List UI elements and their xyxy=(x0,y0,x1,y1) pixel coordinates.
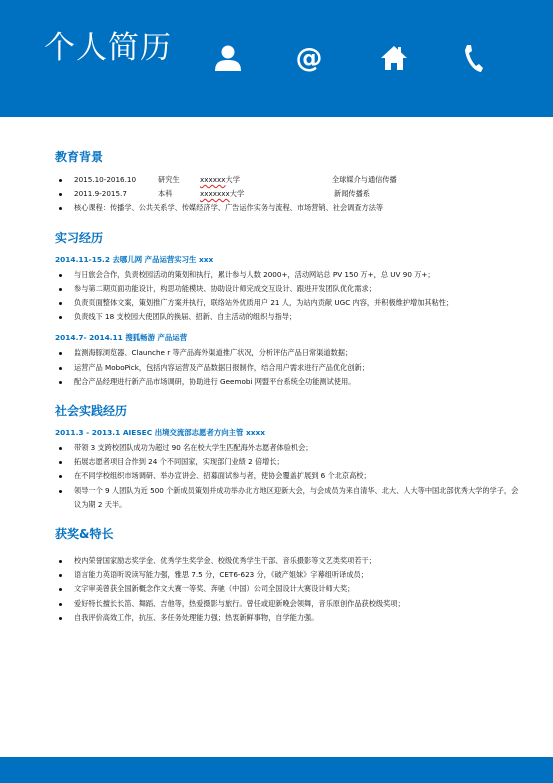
education-row: 2011.9-2015.7 本科 xxxxxxx 大学 新闻传播系 xyxy=(55,187,525,201)
list-item: 与日旅会合作，负责校园活动的策划和执行，累计参与人数 2000+，活动网站总 P… xyxy=(55,268,525,282)
list-item: 文字审美曾获全国新概念作文大赛一等奖、奔驰（中国）公司全国设计大赛设计师大奖； xyxy=(55,582,525,596)
internship-block: 2014.11-15.2 去哪儿网 产品运营实习生 xxx 与日旅会合作，负责校… xyxy=(55,254,525,325)
internship-heading: 2014.11-15.2 去哪儿网 产品运营实习生 xxx xyxy=(55,254,525,265)
list-item: 拓展志愿者项目合作到 24 个不同国家，实现部门业绩 2 倍增长； xyxy=(55,455,525,469)
list-item: 监测海豚浏览器、Claunche r 等产品海外渠道推广状况，分析评估产品日常渠… xyxy=(55,346,525,360)
list-item: 配合产品经理进行新产品市场调研，协助进行 Geemobi 网盟平台系统全功能测试… xyxy=(55,375,525,389)
internship-block: 2014.7- 2014.11 搜狐畅游 产品运营 监测海豚浏览器、Claunc… xyxy=(55,332,525,389)
section-title-education: 教育背景 xyxy=(55,148,525,165)
edu-major: 新闻传播系 xyxy=(334,187,370,201)
edu-major: 全球媒介与通信传播 xyxy=(332,173,397,187)
list-item: 运营产品 MoboPick，包括内容运营及产品数据日报制作，结合用户需求进行产品… xyxy=(55,361,525,375)
edu-school-name: xxxxxx xyxy=(200,173,226,187)
internship-heading: 2014.7- 2014.11 搜狐畅游 产品运营 xyxy=(55,332,525,343)
list-item: 在不同学校组织市场调研、举办宣讲会、招募面试参与者，使协会覆盖扩展到 6 个北京… xyxy=(55,469,525,483)
list-item: 爱好特长擅长长笛、舞蹈、吉他等，热爱摄影与旅行。曾任或迎新晚会领舞，音乐原创作品… xyxy=(55,597,525,611)
section-title-internship: 实习经历 xyxy=(55,229,525,246)
internship-section: 实习经历 2014.11-15.2 去哪儿网 产品运营实习生 xxx 与日旅会合… xyxy=(55,229,525,389)
edu-period: 2015.10-2016.10 xyxy=(74,173,158,187)
resume-content: 教育背景 2015.10-2016.10 研究生 xxxxxx 大学 全球媒介与… xyxy=(55,148,525,638)
education-courses: 核心课程：传播学、公共关系学、传媒经济学、广告运作实务与流程、市场营销、社会调查… xyxy=(55,201,525,215)
education-row: 2015.10-2016.10 研究生 xxxxxx 大学 全球媒介与通信传播 xyxy=(55,173,525,187)
awards-section: 获奖&特长 校内荣誉国家励志奖学金、优秀学生奖学金、校级优秀学生干部、音乐摄影等… xyxy=(55,525,525,625)
section-title-awards: 获奖&特长 xyxy=(55,525,525,542)
edu-degree: 研究生 xyxy=(158,173,200,187)
edu-school-suffix: 大学 xyxy=(226,173,240,187)
list-item: 语言能力英语听说读写能力强，雅思 7.5 分，CET6-623 分，《破产姐妹》… xyxy=(55,568,525,582)
social-practice-section: 社会实践经历 2011.3 - 2013.1 AIESEC 出境交流部志愿者方向… xyxy=(55,402,525,512)
list-item: 校内荣誉国家励志奖学金、优秀学生奖学金、校级优秀学生干部、音乐摄影等文艺类奖项若… xyxy=(55,554,525,568)
svg-text:@: @ xyxy=(296,43,323,73)
list-item: 领导一个 9 人团队为近 500 个新成员策划并成功举办北方地区迎新大会，与会成… xyxy=(55,484,525,512)
edu-school-name: xxxxxxx xyxy=(200,187,230,201)
person-icon xyxy=(212,42,244,74)
list-item: 负责线下 18 支校园大使团队的换届、招新、自主活动的组织与指导； xyxy=(55,310,525,324)
edu-period: 2011.9-2015.7 xyxy=(74,187,158,201)
list-item: 负责页面整体文案，策划推广方案并执行，联络站外优质用户 21 人，为站内贡献 U… xyxy=(55,296,525,310)
at-email-icon: @ xyxy=(293,42,325,74)
edu-school-suffix: 大学 xyxy=(230,187,244,201)
education-list: 2015.10-2016.10 研究生 xxxxxx 大学 全球媒介与通信传播 … xyxy=(55,173,525,216)
social-heading: 2011.3 - 2013.1 AIESEC 出境交流部志愿者方向主管 xxxx xyxy=(55,427,525,438)
list-item: 带领 3 支跨校团队成功为超过 90 名在校大学生匹配海外志愿者体验机会； xyxy=(55,441,525,455)
header-banner: 个人简历 @ xyxy=(0,0,553,117)
section-title-social: 社会实践经历 xyxy=(55,402,525,419)
home-icon xyxy=(378,42,410,74)
footer-banner xyxy=(0,757,553,783)
list-item: 自我评价高效工作，抗压、多任务处理能力强；热衷新鲜事物，自学能力强。 xyxy=(55,611,525,625)
page-title: 个人简历 xyxy=(44,22,172,67)
education-section: 教育背景 2015.10-2016.10 研究生 xxxxxx 大学 全球媒介与… xyxy=(55,148,525,216)
list-item: 参与第二期页面功能设计，构思功能模块、协助设计师完成交互设计、跟进开发团队优化需… xyxy=(55,282,525,296)
edu-degree: 本科 xyxy=(158,187,200,201)
phone-icon xyxy=(458,42,490,74)
